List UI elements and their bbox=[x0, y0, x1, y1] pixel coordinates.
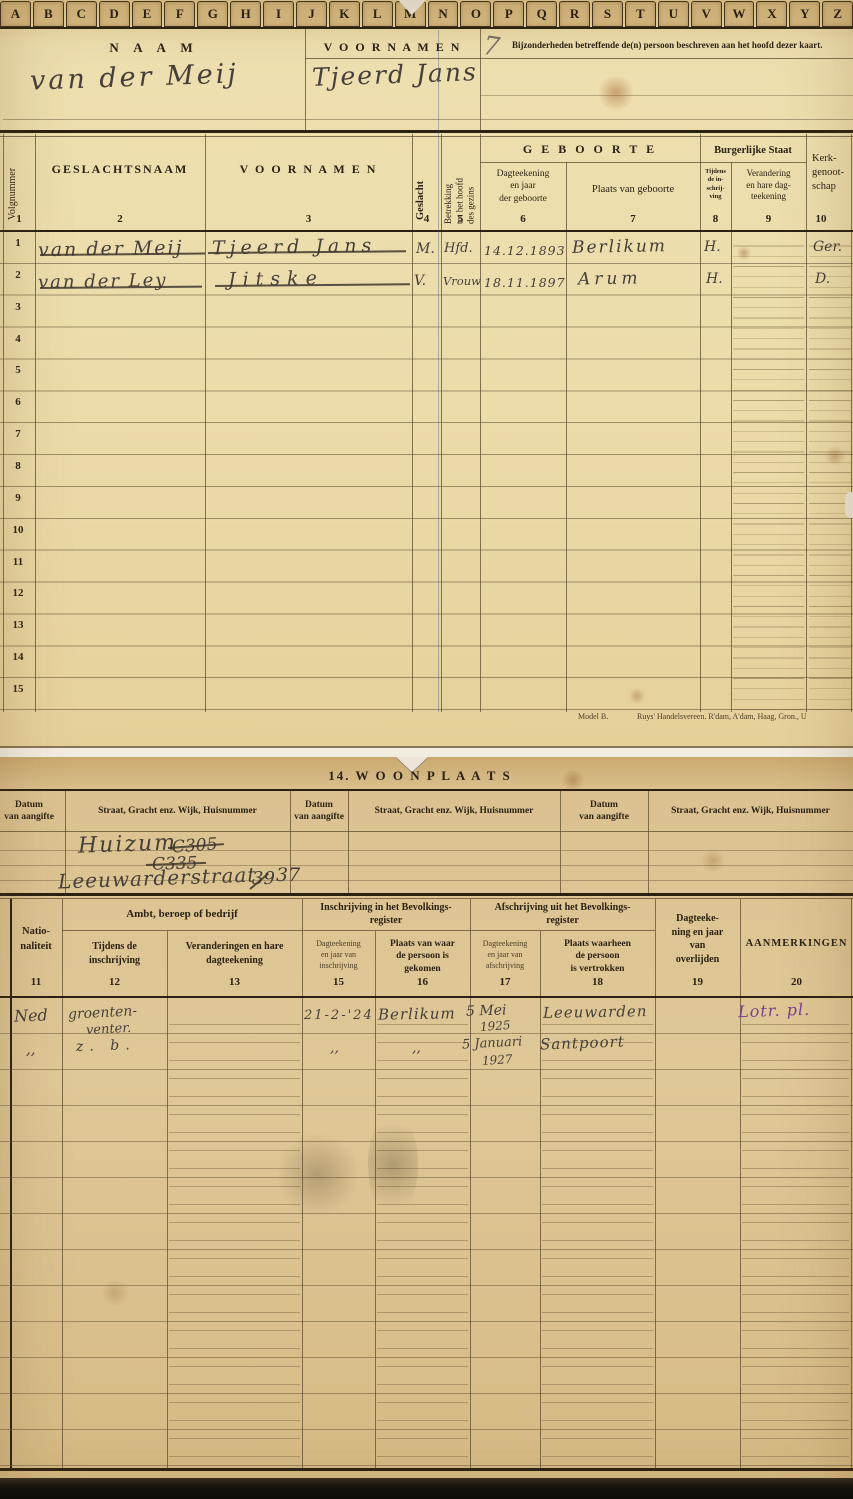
entry-beroep-r2: z. b. bbox=[76, 1037, 136, 1055]
alphabet-tab: K bbox=[329, 1, 360, 27]
row-number-cell: 13 bbox=[3, 616, 33, 648]
alphabet-tab: X bbox=[756, 1, 787, 27]
person1-geslacht: M. bbox=[416, 241, 435, 257]
alphabet-tab: V bbox=[691, 1, 722, 27]
person2-burgerlijke-staat: H. bbox=[706, 271, 723, 287]
person1-burgerlijke-staat: H. bbox=[704, 239, 721, 255]
col-number-8: 8 bbox=[700, 213, 731, 225]
alphabet-tab: L bbox=[362, 1, 393, 27]
card-gap bbox=[0, 748, 853, 757]
person2-geboorteplaats: Arum bbox=[578, 268, 642, 289]
entry-afschrijving-plaats-r1: Leeuwarden bbox=[543, 1002, 648, 1022]
row-number-cell: 1 bbox=[3, 234, 33, 266]
alphabet-tab: U bbox=[658, 1, 689, 27]
person1-geboorteplaats: Berlikum bbox=[572, 236, 667, 258]
alphabet-tab-row: ABCDEFGHIJKLMNOPQRSTUVWXYZ bbox=[0, 1, 853, 27]
alphabet-tab: O bbox=[460, 1, 491, 27]
col-number-18: 18 bbox=[540, 976, 655, 988]
entry-inschrijving-datum-r1: 21-2-'24 bbox=[304, 1008, 374, 1023]
alphabet-tab: T bbox=[625, 1, 656, 27]
col-inschrijving-plaats-header: Plaats van waar de persoon is gekomen bbox=[375, 938, 470, 975]
col-overlijden-header: Dagteeke- ning en jaar van overlijden bbox=[655, 912, 740, 966]
col-verandering-header: Verandering en hare dag- teekening bbox=[732, 168, 805, 203]
index-notch bbox=[398, 0, 426, 15]
row-number-cell: 5 bbox=[3, 361, 33, 393]
group-afschrijving-header: Afschrijving uit het Bevolkings- registe… bbox=[470, 902, 655, 927]
col-number-20: 20 bbox=[740, 976, 853, 988]
col-afschrijving-plaats-header: Plaats waarheen de persoon is vertrokken bbox=[540, 938, 655, 975]
entry-beroep-r1b: venter. bbox=[86, 1021, 132, 1038]
col-number-4: 4 bbox=[412, 213, 441, 225]
col-number-17: 17 bbox=[470, 976, 540, 988]
person1-geboortedatum: 14.12.1893 bbox=[484, 243, 566, 258]
alphabet-tab: P bbox=[493, 1, 524, 27]
person2-kerkgenootschap: D. bbox=[815, 271, 830, 287]
col-nationaliteit-header: Natio- naliteit bbox=[10, 925, 62, 954]
alphabet-tab: H bbox=[230, 1, 261, 27]
group-geboorte-header: G E B O O R T E bbox=[480, 142, 700, 157]
row-number-cell: 9 bbox=[3, 489, 33, 521]
woonplaats-datum-header-1: Datum van aangifte bbox=[0, 799, 66, 824]
col-number-15: 15 bbox=[302, 976, 375, 988]
person2-betrekking: Vrouw bbox=[443, 274, 481, 288]
entry-inschrijving-datum-r2: ,, bbox=[330, 1040, 339, 1056]
woonplaats-datum-header-3: Datum van aangifte bbox=[560, 799, 648, 824]
alphabet-tab: F bbox=[164, 1, 195, 27]
group-burgerlijke-staat-header: Burgerlijke Staat bbox=[700, 145, 806, 156]
group-inschrijving-header: Inschrijving in het Bevolkings- register bbox=[302, 902, 470, 927]
col-number-13: 13 bbox=[167, 976, 302, 988]
footer-printer: Ruys' Handelsvereen. R'dam, A'dam, Haag,… bbox=[637, 712, 807, 721]
entry-nationaliteit-r2: ,, bbox=[26, 1040, 36, 1058]
col-number-1: 1 bbox=[3, 213, 35, 225]
col-number-7: 7 bbox=[566, 213, 700, 225]
row-number-cell: 10 bbox=[3, 521, 33, 553]
col-tijdens-inschrijving-header: Tijdens de in- schrij- ving bbox=[700, 168, 731, 202]
entry-aanmerkingen-r1: Lotr. pl. bbox=[738, 1000, 811, 1022]
col-number-12: 12 bbox=[62, 976, 167, 988]
entry-inschrijving-plaats-r2: ,, bbox=[412, 1040, 421, 1056]
row-number-cell: 7 bbox=[3, 425, 33, 457]
alphabet-tab: E bbox=[132, 1, 163, 27]
alphabet-tab: S bbox=[592, 1, 623, 27]
alphabet-tab: A bbox=[0, 1, 31, 27]
alphabet-tab: C bbox=[66, 1, 97, 27]
person2-geboortedatum: 18.11.1897 bbox=[484, 275, 566, 290]
col-geslachtsnaam-header: GESLACHTSNAAM bbox=[35, 162, 205, 177]
alphabet-tab: J bbox=[296, 1, 327, 27]
voornamen-value: Tjeerd Jans bbox=[312, 57, 479, 92]
naam-label: N A A M bbox=[3, 40, 305, 56]
voornamen-label: V O O R N A M E N bbox=[305, 40, 480, 55]
col-tijdens-header: Tijdens de inschrijving bbox=[62, 940, 167, 967]
col-betrekking-header: Betrekking tot het hoofd des gezins bbox=[443, 138, 477, 224]
alphabet-tab: W bbox=[724, 1, 755, 27]
woonplaats-straat-header-1: Straat, Gracht enz. Wijk, Huisnummer bbox=[65, 806, 290, 816]
col-number-16: 16 bbox=[375, 976, 470, 988]
scanned-register-card: ABCDEFGHIJKLMNOPQRSTUVWXYZ N A A M V O O… bbox=[0, 0, 853, 1499]
alphabet-tab: Y bbox=[789, 1, 820, 27]
row-number-cell: 4 bbox=[3, 330, 33, 362]
entry-afschrijving-datum-r1a: 5 Mei bbox=[466, 1002, 507, 1019]
woonplaats-title: 14. W O O N P L A A T S bbox=[180, 768, 660, 784]
col-voornamen-header: V O O R N A M E N bbox=[205, 162, 412, 177]
bijzonderheden-note: Bijzonderheden betreffende de(n) persoon… bbox=[512, 40, 852, 50]
row-number-cell: 6 bbox=[3, 393, 33, 425]
alphabet-tab: R bbox=[559, 1, 590, 27]
col-number-9: 9 bbox=[731, 213, 806, 225]
alphabet-tab: B bbox=[33, 1, 64, 27]
person2-geslacht: V. bbox=[414, 273, 426, 289]
row-number-cell: 12 bbox=[3, 584, 33, 616]
person1-voornamen: Tjeerd Jans bbox=[212, 235, 377, 260]
person2-voornamen: Jitske bbox=[228, 267, 324, 291]
corner-mark: 7 bbox=[481, 31, 502, 63]
alphabet-tab: I bbox=[263, 1, 294, 27]
alphabet-tab: Q bbox=[526, 1, 557, 27]
alphabet-tab: N bbox=[428, 1, 459, 27]
alphabet-tab: Z bbox=[822, 1, 853, 27]
row-number-cell: 3 bbox=[3, 298, 33, 330]
entry-afschrijving-datum-r2b: 1927 bbox=[482, 1052, 513, 1068]
row-number-cell: 11 bbox=[3, 553, 33, 585]
card-top-edge bbox=[0, 27, 853, 29]
row-number-cell: 15 bbox=[3, 680, 33, 712]
person1-betrekking: Hfd. bbox=[444, 241, 473, 256]
entry-afschrijving-datum-r1b: 1925 bbox=[480, 1018, 511, 1034]
col-inschrijving-datum-header: Dagteekening en jaar van inschrijving bbox=[302, 938, 375, 972]
woonplaats-straat-header-3: Straat, Gracht enz. Wijk, Huisnummer bbox=[648, 806, 853, 816]
col-geboorteplaats-header: Plaats van geboorte bbox=[566, 184, 700, 195]
col-geboortedatum-header: Dagteekening en jaar der geboorte bbox=[481, 168, 565, 205]
torn-edge bbox=[845, 492, 853, 518]
entry-nationaliteit-r1: Ned bbox=[14, 1005, 48, 1025]
alphabet-tab: G bbox=[197, 1, 228, 27]
entry-afschrijving-plaats-r2: Santpoort bbox=[540, 1033, 625, 1054]
person1-kerkgenootschap: Ger. bbox=[813, 239, 842, 255]
col-number-10: 10 bbox=[806, 213, 836, 225]
woonplaats-straat-header-2: Straat, Gracht enz. Wijk, Huisnummer bbox=[348, 806, 560, 816]
row-number-cell: 2 bbox=[3, 266, 33, 298]
col-aanmerkingen-header: AANMERKINGEN bbox=[740, 938, 853, 949]
entry-inschrijving-plaats-r1: Berlikum bbox=[378, 1004, 456, 1023]
col-number-11: 11 bbox=[10, 976, 62, 988]
person2-geslachtsnaam: van der Ley bbox=[38, 270, 168, 293]
woonplaats-datum-header-2: Datum van aangifte bbox=[290, 799, 348, 824]
entry-afschrijving-datum-r2a: 5 Januari bbox=[462, 1034, 523, 1052]
col-kerkgenootschap-header: Kerk- genoot- schap bbox=[812, 152, 853, 195]
row-number-column: 123456789101112131415 bbox=[3, 234, 33, 712]
scan-bottom-band bbox=[0, 1478, 853, 1499]
col-number-5: 5 bbox=[441, 213, 480, 225]
col-afschrijving-datum-header: Dagteekening en jaar van afschrijving bbox=[470, 938, 540, 972]
col-volgnummer-header: Volgnummer bbox=[7, 140, 18, 220]
alphabet-tab: D bbox=[99, 1, 130, 27]
woonplaats-entry-line3-new: 37 bbox=[276, 864, 300, 886]
col-geslacht-header: Geslacht bbox=[415, 144, 426, 220]
col-number-2: 2 bbox=[35, 213, 205, 225]
group-ambt-header: Ambt, beroep of bedrijf bbox=[62, 908, 302, 920]
col-number-3: 3 bbox=[205, 213, 412, 225]
col-number-6: 6 bbox=[480, 213, 566, 225]
col-veranderingen-header: Veranderingen en hare dagteekening bbox=[167, 940, 302, 967]
col-number-19: 19 bbox=[655, 976, 740, 988]
footer-model: Model B. bbox=[578, 712, 608, 721]
person1-geslachtsnaam: van der Meij bbox=[38, 237, 184, 262]
row-number-cell: 14 bbox=[3, 648, 33, 680]
row-number-cell: 8 bbox=[3, 457, 33, 489]
